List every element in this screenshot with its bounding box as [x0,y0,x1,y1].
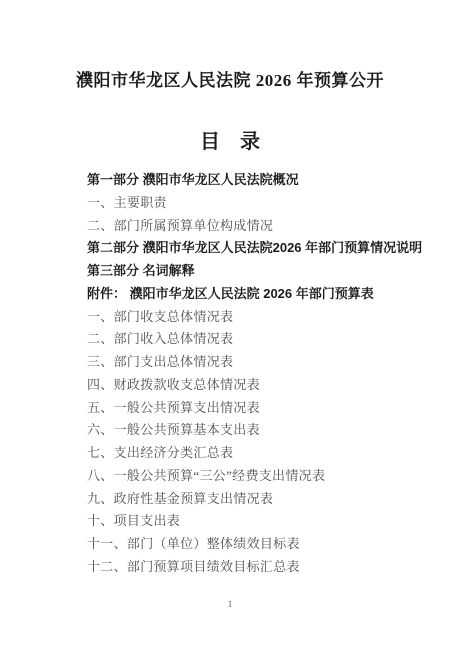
toc-item: 一、部门收支总体情况表 [87,306,440,329]
document-page: 濮阳市华龙区人民法院 2026 年预算公开 目 录 第一部分 濮阳市华龙区人民法… [0,0,460,650]
page-number: 1 [0,599,460,609]
toc-item: 五、一般公共预算支出情况表 [87,397,440,420]
toc-item: 七、支出经济分类汇总表 [87,442,440,465]
toc-item: 二、部门所属预算单位构成情况 [87,215,440,238]
toc-item: 十二、部门预算项目绩效目标汇总表 [87,556,440,579]
toc-item: 附件： 濮阳市华龙区人民法院 2026 年部门预算表 [87,283,440,306]
toc-item: 十一、部门（单位）整体绩效目标表 [87,533,440,556]
toc-item: 第二部分 濮阳市华龙区人民法院2026 年部门预算情况说明 [87,237,440,260]
toc-item: 九、政府性基金预算支出情况表 [87,488,440,511]
document-title: 濮阳市华龙区人民法院 2026 年预算公开 [0,66,460,91]
toc-item: 八、一般公共预算“三公”经费支出情况表 [87,465,440,488]
toc-item: 第一部分 濮阳市华龙区人民法院概况 [87,169,440,192]
toc-item: 六、一般公共预算基本支出表 [87,419,440,442]
toc-item: 第三部分 名词解释 [87,260,440,283]
toc-item: 十、项目支出表 [87,510,440,533]
toc-list: 第一部分 濮阳市华龙区人民法院概况一、主要职责二、部门所属预算单位构成情况第二部… [87,169,440,579]
toc-item: 二、部门收入总体情况表 [87,328,440,351]
toc-item: 四、财政拨款收支总体情况表 [87,374,440,397]
toc-item: 一、主要职责 [87,192,440,215]
toc-heading: 目 录 [0,125,460,154]
toc-item: 三、部门支出总体情况表 [87,351,440,374]
